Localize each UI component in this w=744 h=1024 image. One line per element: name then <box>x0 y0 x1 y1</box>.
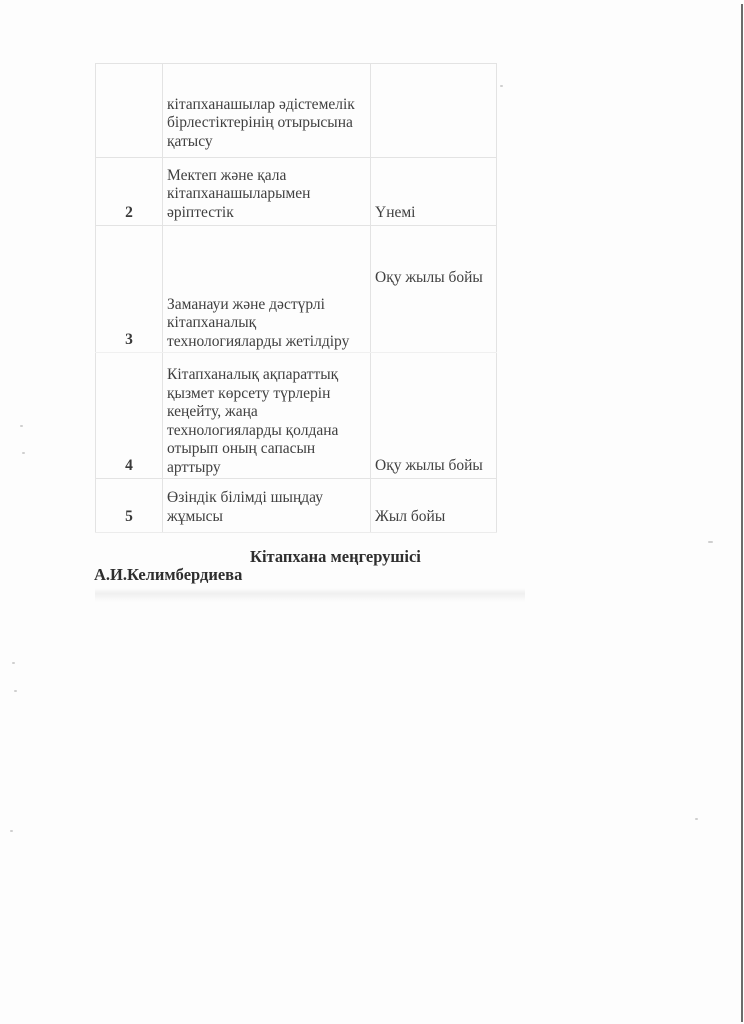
scan-speck <box>500 85 503 87</box>
scan-speck <box>20 425 23 427</box>
row-number: 4 <box>96 353 163 479</box>
scan-speck <box>708 541 713 543</box>
row-activity: Кітапханалық ақпараттық қызмет көрсету т… <box>163 353 371 479</box>
row-activity: Мектеп және қала кітапханашыларымен әріп… <box>163 158 371 226</box>
row-term: Оқу жылы бойы <box>371 353 497 479</box>
table-row: 5 Өзіндік білімді шыңдау жұмысы Жыл бойы <box>96 479 497 533</box>
signature-name: А.И.Келимбердиева <box>94 565 242 585</box>
row-number: 5 <box>96 479 163 533</box>
signature-title: Кітапхана меңгерушісі <box>250 547 421 567</box>
scan-speck <box>14 690 17 692</box>
table-row: 3 Заманауи және дәстүрлі кітапханалық те… <box>96 226 497 353</box>
row-activity: кітапханашылар әдістемелік бірлестіктері… <box>163 64 371 158</box>
scan-speck <box>12 662 15 664</box>
row-number <box>96 64 163 158</box>
scan-speck <box>22 452 25 454</box>
row-number: 2 <box>96 158 163 226</box>
row-term <box>371 64 497 158</box>
scan-page-edge <box>741 4 743 1022</box>
row-activity: Заманауи және дәстүрлі кітапханалық техн… <box>163 226 371 353</box>
plan-table: кітапханашылар әдістемелік бірлестіктері… <box>95 63 497 533</box>
table-row: 4 Кітапханалық ақпараттық қызмет көрсету… <box>96 353 497 479</box>
scan-smudge <box>95 588 525 602</box>
table-row: 2 Мектеп және қала кітапханашыларымен әр… <box>96 158 497 226</box>
scan-speck <box>10 830 13 832</box>
scan-speck <box>695 818 698 820</box>
table-row: кітапханашылар әдістемелік бірлестіктері… <box>96 64 497 158</box>
row-term: Үнемі <box>371 158 497 226</box>
row-term: Жыл бойы <box>371 479 497 533</box>
row-number: 3 <box>96 226 163 353</box>
row-activity: Өзіндік білімді шыңдау жұмысы <box>163 479 371 533</box>
row-term: Оқу жылы бойы <box>371 226 497 353</box>
